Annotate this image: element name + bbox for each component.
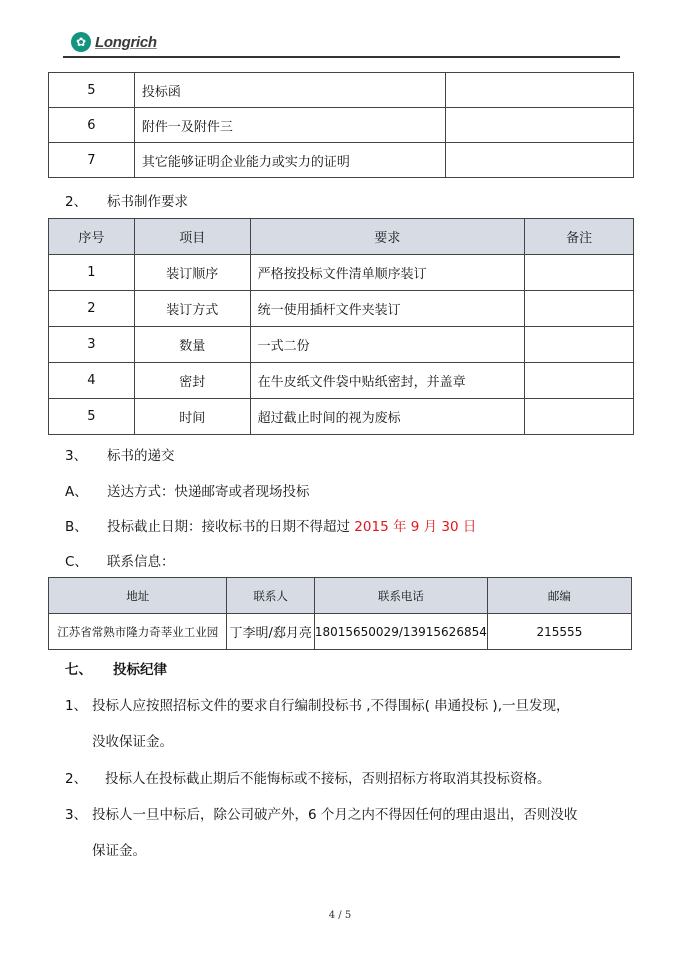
zip-cell: 215555 bbox=[487, 614, 631, 650]
item-text: 送达方式：快递邮寄或者现场投标 bbox=[107, 484, 310, 500]
row-number: 4 bbox=[49, 363, 135, 399]
row-number: 7 bbox=[49, 143, 135, 178]
row-number: 6 bbox=[49, 108, 135, 143]
row-number: 3 bbox=[49, 327, 135, 363]
section-number: 3、 bbox=[65, 444, 107, 464]
longrich-emblem-icon: ✿ bbox=[71, 32, 91, 52]
deadline: B、投标截止日期：接收标书的日期不得超过 2015 年 9 月 30 日 bbox=[65, 515, 476, 535]
item-label: A、 bbox=[65, 480, 107, 500]
delivery-method: A、送达方式：快递邮寄或者现场投标 bbox=[65, 480, 310, 500]
item-text: 投标截止日期：接收标书的日期不得超过 bbox=[107, 519, 354, 535]
row-item: 附件一及附件三 bbox=[134, 108, 445, 143]
section-title: 标书的递交 bbox=[107, 448, 175, 464]
row-note bbox=[446, 143, 634, 178]
row-requirement: 严格按投标文件清单顺序装订 bbox=[250, 255, 525, 291]
deadline-date: 2015 年 9 月 30 日 bbox=[354, 519, 476, 535]
header-cell: 地址 bbox=[49, 578, 227, 614]
table-row: 6 附件一及附件三 bbox=[49, 108, 634, 143]
section-title: 投标纪律 bbox=[113, 662, 167, 678]
table-row: 江苏省常熟市隆力奇莘业工业园 丁李明/郄月亮 18015650029/13915… bbox=[49, 614, 632, 650]
table-row: 2 装订方式 统一使用插杆文件夹装订 bbox=[49, 291, 634, 327]
section-number: 2、 bbox=[65, 190, 107, 210]
row-note bbox=[446, 108, 634, 143]
rule-number: 1、 bbox=[65, 694, 92, 714]
table-header-row: 序号 项目 要求 备注 bbox=[49, 219, 634, 255]
address-cell: 江苏省常熟市隆力奇莘业工业园 bbox=[49, 614, 227, 650]
rule-3: 3、投标人一旦中标后，除公司破产外，6 个月之内不得因任何的理由退出，否则没收 bbox=[65, 803, 577, 823]
header-cell: 备注 bbox=[525, 219, 634, 255]
page-number: 4 / 5 bbox=[0, 910, 680, 921]
table-row: 7 其它能够证明企业能力或实力的证明 bbox=[49, 143, 634, 178]
section-2-heading: 2、标书制作要求 bbox=[65, 190, 188, 210]
contact-person-cell: 丁李明/郄月亮 bbox=[227, 614, 314, 650]
header-divider bbox=[63, 56, 620, 58]
item-label: B、 bbox=[65, 515, 107, 535]
row-number: 2 bbox=[49, 291, 135, 327]
row-requirement: 统一使用插杆文件夹装订 bbox=[250, 291, 525, 327]
row-requirement: 一式二份 bbox=[250, 327, 525, 363]
rule-text: 投标人一旦中标后，除公司破产外，6 个月之内不得因任何的理由退出，否则没收 bbox=[92, 807, 577, 823]
row-note bbox=[525, 255, 634, 291]
contact-info-heading: C、联系信息： bbox=[65, 550, 175, 570]
row-note bbox=[525, 399, 634, 435]
row-item: 装订方式 bbox=[134, 291, 250, 327]
table-row: 1 装订顺序 严格按投标文件清单顺序装订 bbox=[49, 255, 634, 291]
item-label: C、 bbox=[65, 550, 107, 570]
row-item: 时间 bbox=[134, 399, 250, 435]
rule-number: 3、 bbox=[65, 803, 92, 823]
table-row: 4 密封 在牛皮纸文件袋中贴纸密封，并盖章 bbox=[49, 363, 634, 399]
row-note bbox=[525, 291, 634, 327]
rule-1: 1、投标人应按照招标文件的要求自行编制投标书 ,不得围标( 串通投标 ),一旦发… bbox=[65, 694, 570, 714]
table-row: 5 投标函 bbox=[49, 73, 634, 108]
table-header-row: 地址 联系人 联系电话 邮编 bbox=[49, 578, 632, 614]
row-requirement: 超过截止时间的视为废标 bbox=[250, 399, 525, 435]
section-title: 标书制作要求 bbox=[107, 194, 188, 210]
section-7-heading: 七、投标纪律 bbox=[65, 658, 167, 678]
row-item: 密封 bbox=[134, 363, 250, 399]
header-cell: 邮编 bbox=[487, 578, 631, 614]
rule-text: 投标人在投标截止期后不能悔标或不接标，否则招标方将取消其投标资格。 bbox=[105, 771, 551, 787]
header-cell: 项目 bbox=[134, 219, 250, 255]
rule-2: 2、投标人在投标截止期后不能悔标或不接标，否则招标方将取消其投标资格。 bbox=[65, 767, 551, 787]
phone-cell: 18015650029/13915626854 bbox=[314, 614, 487, 650]
page-header: ✿ Longrich bbox=[63, 30, 620, 58]
item-text: 联系信息： bbox=[107, 554, 175, 570]
contact-table: 地址 联系人 联系电话 邮编 江苏省常熟市隆力奇莘业工业园 丁李明/郄月亮 18… bbox=[48, 577, 632, 650]
header-cell: 联系电话 bbox=[314, 578, 487, 614]
row-number: 5 bbox=[49, 399, 135, 435]
document-list-table: 5 投标函 6 附件一及附件三 7 其它能够证明企业能力或实力的证明 bbox=[48, 72, 634, 178]
logo: ✿ Longrich bbox=[71, 32, 157, 52]
row-requirement: 在牛皮纸文件袋中贴纸密封，并盖章 bbox=[250, 363, 525, 399]
logo-text: Longrich bbox=[95, 34, 157, 51]
section-number: 七、 bbox=[65, 658, 113, 678]
row-item: 装订顺序 bbox=[134, 255, 250, 291]
table-row: 5 时间 超过截止时间的视为废标 bbox=[49, 399, 634, 435]
rule-text: 投标人应按照招标文件的要求自行编制投标书 ,不得围标( 串通投标 ),一旦发现， bbox=[92, 698, 570, 714]
row-note bbox=[525, 363, 634, 399]
section-3-heading: 3、标书的递交 bbox=[65, 444, 175, 464]
row-item: 数量 bbox=[134, 327, 250, 363]
header-cell: 要求 bbox=[250, 219, 525, 255]
rule-3-continued: 保证金。 bbox=[92, 839, 146, 859]
row-note bbox=[525, 327, 634, 363]
row-number: 5 bbox=[49, 73, 135, 108]
header-cell: 联系人 bbox=[227, 578, 314, 614]
row-item: 投标函 bbox=[134, 73, 445, 108]
rule-1-continued: 没收保证金。 bbox=[92, 730, 173, 750]
table-row: 3 数量 一式二份 bbox=[49, 327, 634, 363]
row-number: 1 bbox=[49, 255, 135, 291]
row-note bbox=[446, 73, 634, 108]
rule-number: 2、 bbox=[65, 767, 105, 787]
header-cell: 序号 bbox=[49, 219, 135, 255]
requirements-table: 序号 项目 要求 备注 1 装订顺序 严格按投标文件清单顺序装订 2 装订方式 … bbox=[48, 218, 634, 435]
row-item: 其它能够证明企业能力或实力的证明 bbox=[134, 143, 445, 178]
